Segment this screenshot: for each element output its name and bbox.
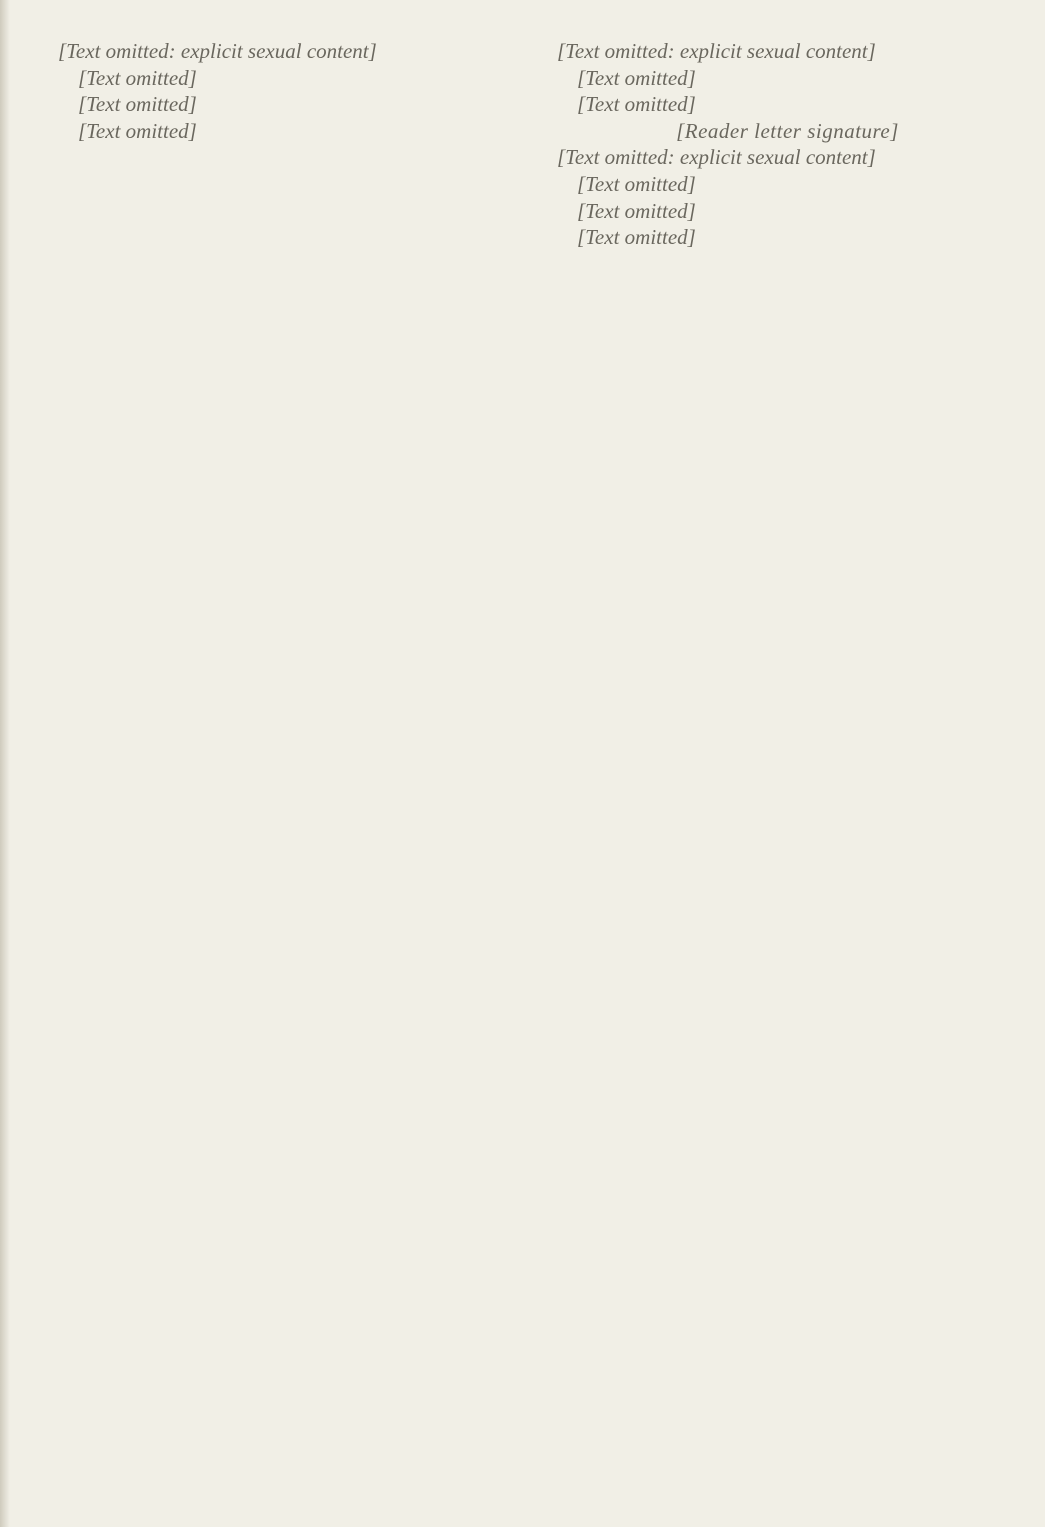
left-paragraph-4: [Text omitted]: [58, 118, 519, 145]
letter-signature: [Reader letter signature]: [557, 118, 1018, 145]
right-paragraph-6: [Text omitted]: [557, 198, 1018, 225]
right-paragraph-7: [Text omitted]: [557, 224, 1018, 251]
article-columns: [Text omitted: explicit sexual content] …: [58, 38, 1018, 251]
right-paragraph-2: [Text omitted]: [557, 65, 1018, 92]
right-paragraph-3: [Text omitted]: [557, 91, 1018, 118]
right-column: [Text omitted: explicit sexual content] …: [557, 38, 1018, 251]
left-paragraph-1: [Text omitted: explicit sexual content]: [58, 38, 519, 65]
right-paragraph-5: [Text omitted]: [557, 171, 1018, 198]
right-paragraph-1: [Text omitted: explicit sexual content]: [557, 38, 1018, 65]
left-paragraph-2: [Text omitted]: [58, 65, 519, 92]
left-column: [Text omitted: explicit sexual content] …: [58, 38, 519, 251]
right-paragraph-4: [Text omitted: explicit sexual content]: [557, 144, 1018, 171]
left-paragraph-3: [Text omitted]: [58, 91, 519, 118]
scan-page-edge: [0, 0, 10, 1527]
